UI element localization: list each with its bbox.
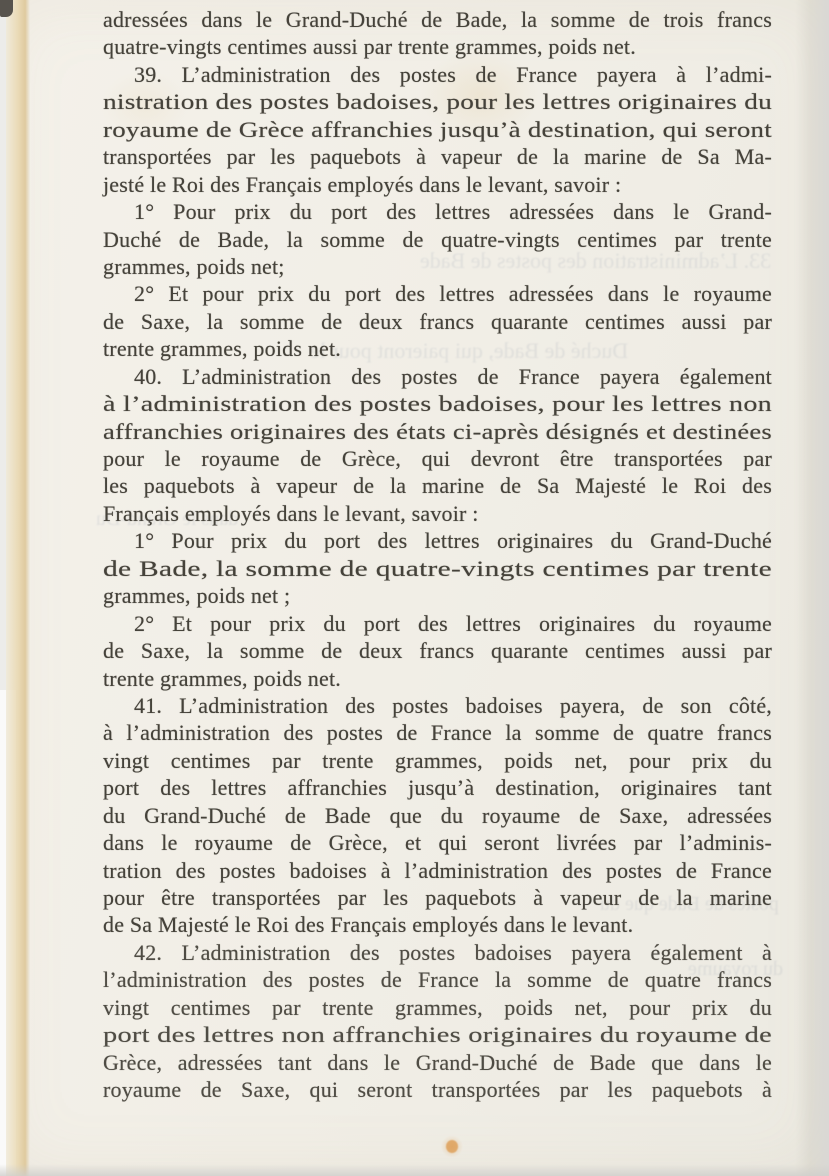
page-edge-tan-line: [6, 0, 30, 1176]
text-line: 1° Pour prix du port des lettres origina…: [103, 527, 772, 554]
text-line: 1° Pour prix du port des lettres adressé…: [103, 198, 772, 225]
text-line: du Grand-Duché de Bade que du royaume de…: [103, 802, 772, 829]
corner-notch: [0, 0, 13, 17]
page-text: adressées dans le Grand-Duché de Bade, l…: [103, 6, 772, 1104]
page-edge-bottom-shadow: [0, 1164, 829, 1176]
text-line: pour le royaume de Grèce, qui devront êt…: [103, 445, 772, 472]
text-line: adressées dans le Grand-Duché de Bade, l…: [103, 6, 772, 33]
text-line: Français employés dans le levant, savoir…: [103, 500, 772, 527]
text-line: de Bade, la somme de quatre-vingts centi…: [103, 555, 772, 582]
text-line: 2° Et pour prix du port des lettres adre…: [103, 280, 772, 307]
text-line: transportées par les paquebots à vapeur …: [103, 143, 772, 170]
text-line: quatre-vingts centimes aussi par trente …: [103, 33, 772, 60]
text-line: nistration des postes badoises, pour les…: [103, 88, 772, 115]
text-line: port des lettres non affranchies origina…: [103, 1021, 772, 1048]
text-line: trente grammes, poids net.: [103, 335, 772, 362]
text-line: 40. L’administration des postes de Franc…: [103, 363, 772, 390]
text-line: grammes, poids net ;: [103, 582, 772, 609]
text-line: à l’administration des postes de France …: [103, 719, 772, 746]
text-line: trente grammes, poids net.: [103, 665, 772, 692]
text-line: 2° Et pour prix du port des lettres orig…: [103, 610, 772, 637]
text-line: royaume de Saxe, qui seront transportées…: [103, 1076, 772, 1103]
text-line: dans le royaume de Grèce, et qui seront …: [103, 829, 772, 856]
scanned-page: 33. L’administration des postes de BadeD…: [0, 0, 829, 1176]
text-line: de Sa Majesté le Roi des Français employ…: [103, 911, 772, 938]
text-line: port des lettres affranchies jusqu’à des…: [103, 774, 772, 801]
text-line: 39. L’administration des postes de Franc…: [103, 61, 772, 88]
text-line: 41. L’administration des postes badoises…: [103, 692, 772, 719]
text-line: Grèce, adressées tant dans le Grand-Duch…: [103, 1049, 772, 1076]
text-line: vingt centimes par trente grammes, poids…: [103, 994, 772, 1021]
text-line: affranchies originaires des états ci-apr…: [103, 418, 772, 445]
text-line: les paquebots à vapeur de la marine de S…: [103, 472, 772, 499]
text-line: à l’administration des postes badoises, …: [103, 390, 772, 417]
text-line: royaume de Grèce affranchies jusqu’à des…: [103, 116, 772, 143]
text-line: de Saxe, la somme de deux francs quarant…: [103, 637, 772, 664]
text-line: jesté le Roi des Français employés dans …: [103, 171, 772, 198]
text-line: grammes, poids net;: [103, 253, 772, 280]
text-line: Duché de Bade, la somme de quatre-vingts…: [103, 226, 772, 253]
page-edge-right-shadow: [795, 0, 829, 1176]
text-line: l’administration des postes de France la…: [103, 966, 772, 993]
text-line: pour être transportées par les paquebots…: [103, 884, 772, 911]
text-line: vingt centimes par trente grammes, poids…: [103, 747, 772, 774]
text-line: de Saxe, la somme de deux francs quarant…: [103, 308, 772, 335]
text-line: 42. L’administration des postes badoises…: [103, 939, 772, 966]
text-line: tration des postes badoises à l’administ…: [103, 857, 772, 884]
